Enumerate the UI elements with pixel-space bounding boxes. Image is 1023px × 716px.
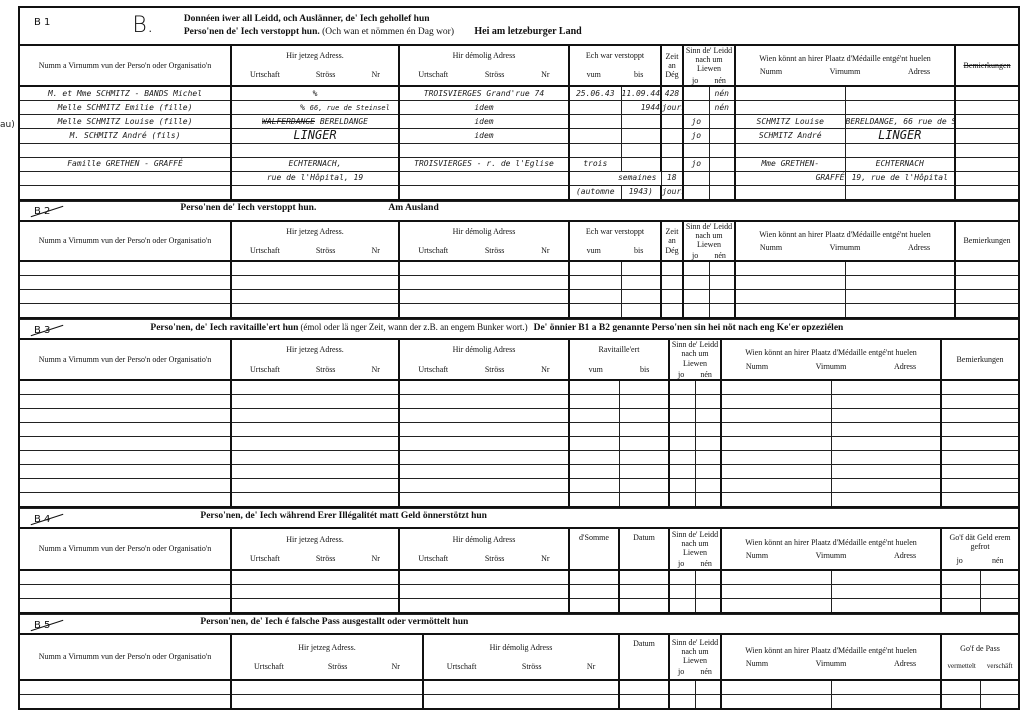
table-row: Melle SCHMITZ Louise (fille) WALFERDANGE… bbox=[19, 114, 1019, 128]
section-b2: B 2 Perso'nen de' Iech verstoppt hun. Am… bbox=[18, 201, 1020, 320]
section-id-b4: B 4 bbox=[20, 514, 50, 526]
section-b3: B 3 Perso'nen, de' Iech ravitaille'ert h… bbox=[18, 319, 1020, 508]
form-page: B 1 B. Donnéen iwer all Leidd, och Ausl­… bbox=[18, 6, 1018, 710]
section-b1: B 1 B. Donnéen iwer all Leidd, och Ausl­… bbox=[18, 6, 1020, 201]
section-title-b5: Person'nen, de' Iech é falsche Pass ausg… bbox=[200, 617, 468, 628]
section-letter: B. bbox=[132, 14, 153, 38]
table-row: (automne 1943) jours bbox=[19, 185, 1019, 200]
col-header-name: Numm a Virnumm vun der Perso'n oder Orga… bbox=[19, 45, 231, 86]
section-title-b2: Perso'nen de' Iech verstoppt hun. bbox=[180, 203, 316, 214]
col-header-current-address: Hir jetzeg Adress. UrtschaftStrössNr bbox=[231, 45, 399, 86]
table-row: Melle SCHMITZ Emilie (fille) % 66, rue d… bbox=[19, 100, 1019, 114]
col-header-remarks: Bemierkungen bbox=[955, 45, 1019, 86]
col-header-alive: Sinn de' Leidd nach um Liewen jonén bbox=[683, 45, 735, 86]
section-title-b1: Donnéen iwer all Leidd, och Ausl­änner, … bbox=[184, 14, 582, 39]
section-b4: B 4 Perso'nen, de' Iech während Erer Ill… bbox=[18, 508, 1020, 614]
margin-annotation: au) bbox=[0, 120, 15, 130]
table-row: M. SCHMITZ André (fils) LINGER idem jo S… bbox=[19, 128, 1019, 143]
col-header-former-address: Hir démolig Adress UrtschaftStrössNr bbox=[399, 45, 569, 86]
section-title-b4: Perso'nen, de' Iech während Erer Illégal… bbox=[200, 511, 487, 522]
section-b5: B 5 Person'nen, de' Iech é falsche Pass … bbox=[18, 614, 1020, 710]
col-header-hidden: Ech war verstoppt vumbis bbox=[569, 45, 661, 86]
table-row: M. et Mme SCHMITZ - BANDS Michel % TROIS… bbox=[19, 86, 1019, 101]
section-id-b1: B 1 bbox=[20, 17, 50, 29]
table-row: Famille GRETHEN - GRAFFÉ ECHTERNACH, TRO… bbox=[19, 157, 1019, 171]
col-header-medal: Wien könnt an hirer Plaatz d'Médaille en… bbox=[735, 45, 955, 86]
col-header-days: Zeit an Dég bbox=[661, 45, 683, 86]
section-title-b3: Perso'nen, de' Iech ravitaille'ert hun bbox=[150, 323, 298, 334]
section-id-b3: B 3 bbox=[20, 325, 50, 337]
section-id-b5: B 5 bbox=[20, 620, 50, 632]
section-id-b2: B 2 bbox=[20, 206, 50, 218]
table-row bbox=[19, 143, 1019, 157]
table-row: rue de l'Hôpital, 19 semaines 18 GRAFFÉ … bbox=[19, 171, 1019, 185]
